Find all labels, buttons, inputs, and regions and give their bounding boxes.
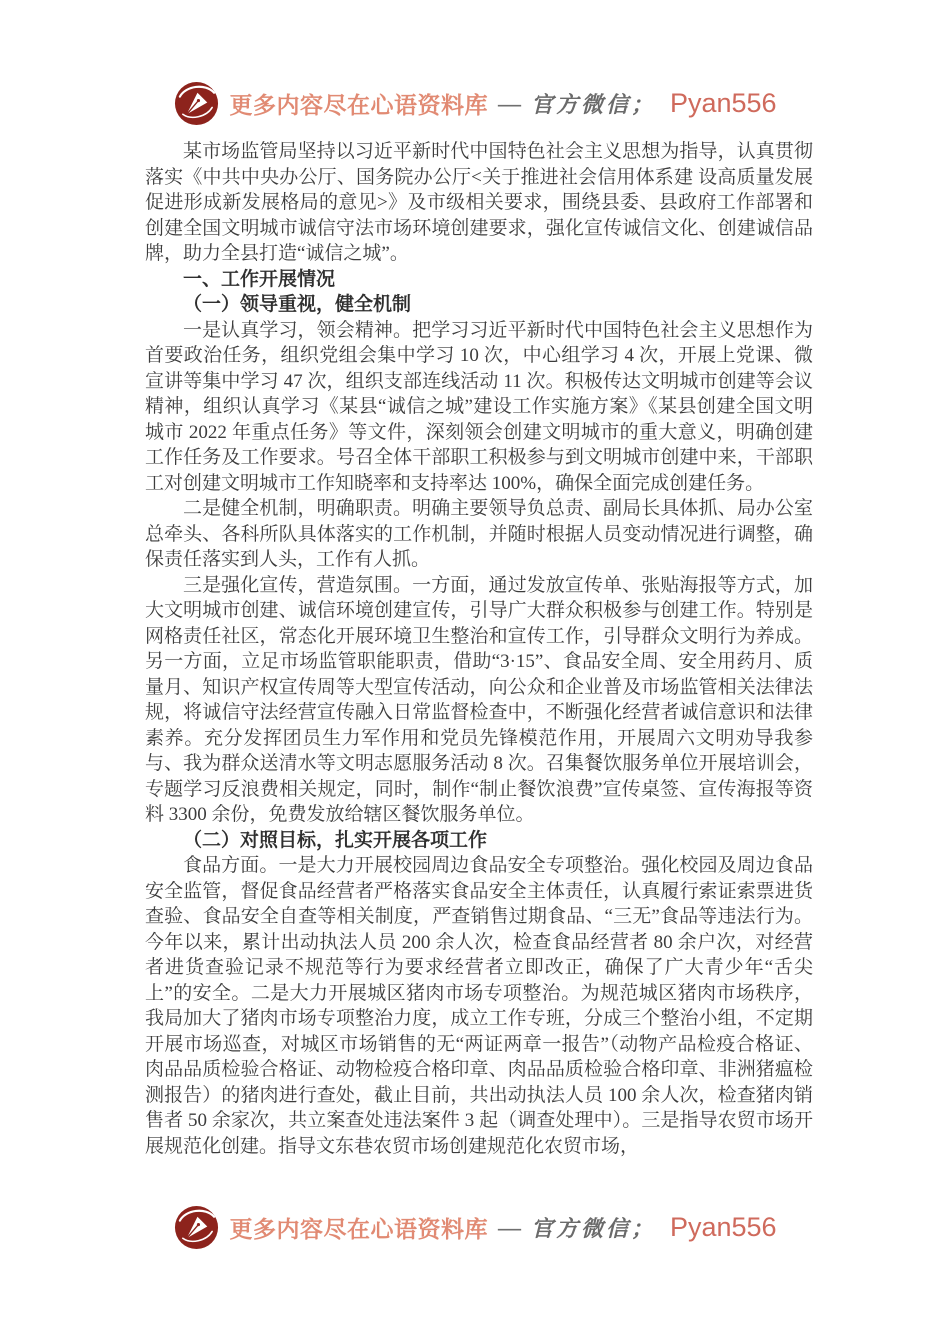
separator-dash: — [498, 91, 521, 117]
subsection-heading-2: （二）对照目标，扎实开展各项工作 [145, 828, 813, 854]
pen-logo-icon [173, 1204, 220, 1251]
subsection-heading-1: （一）领导重视，健全机制 [145, 292, 813, 318]
header-watermark: 更多内容尽在心语资料库 — 官方微信； Pyan556 [0, 80, 950, 127]
section-heading-1: 一、工作开展情况 [145, 267, 813, 293]
separator-dash: — [498, 1215, 521, 1241]
document-page: 更多内容尽在心语资料库 — 官方微信； Pyan556 某市场监管局坚持以习近平… [0, 0, 950, 1344]
paragraph-publicity: 三是强化宣传，营造氛围。一方面，通过发放宣传单、张贴海报等方式，加大文明城市创建… [145, 573, 813, 828]
wechat-label: 官方微信； [531, 88, 656, 119]
wechat-id: Pyan556 [670, 1212, 777, 1243]
document-content: 某市场监管局坚持以习近平新时代中国特色社会主义思想为指导，认真贯彻落实《中共中央… [145, 139, 813, 1159]
intro-paragraph: 某市场监管局坚持以习近平新时代中国特色社会主义思想为指导，认真贯彻落实《中共中央… [145, 139, 813, 267]
brand-text: 更多内容尽在心语资料库 [229, 1211, 488, 1244]
wechat-id: Pyan556 [670, 88, 777, 119]
footer-watermark: 更多内容尽在心语资料库 — 官方微信； Pyan556 [0, 1204, 950, 1251]
paragraph-food-safety: 食品方面。一是大力开展校园周边食品安全专项整治。强化校园及周边食品安全监管，督促… [145, 853, 813, 1159]
paragraph-learning: 一是认真学习，领会精神。把学习习近平新时代中国特色社会主义思想作为首要政治任务，… [145, 318, 813, 497]
paragraph-mechanism: 二是健全机制，明确职责。明确主要领导负总责、副局长具体抓、局办公室总牵头、各科所… [145, 496, 813, 573]
wechat-label: 官方微信； [531, 1212, 656, 1243]
pen-logo-icon [173, 80, 220, 127]
brand-text: 更多内容尽在心语资料库 [229, 87, 488, 120]
